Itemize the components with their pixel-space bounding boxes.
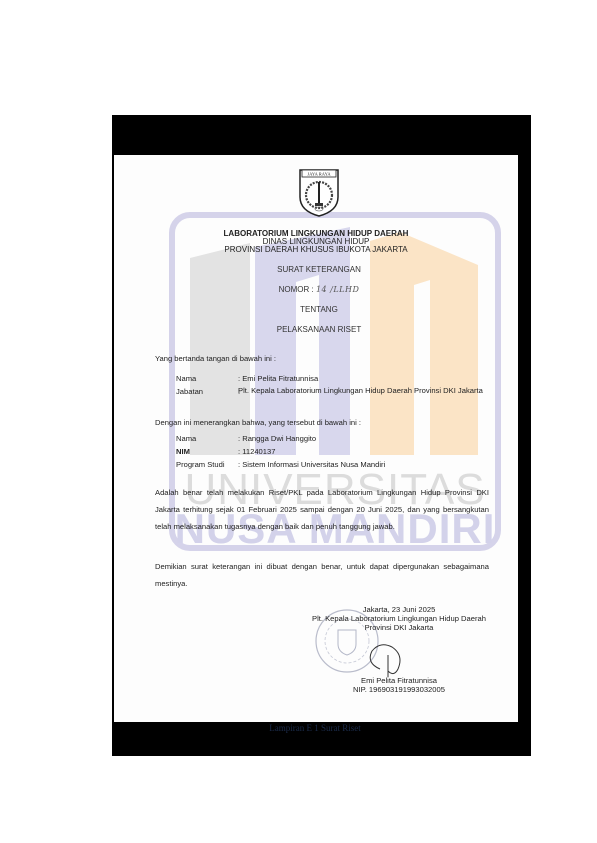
letter-subject: PELAKSANAAN RISET xyxy=(114,325,518,334)
signature-icon xyxy=(362,641,412,681)
student-name-value: : Rangga Dwi Hanggito xyxy=(238,433,316,444)
closing-paragraph: Demikian surat keterangan ini dibuat den… xyxy=(155,558,489,592)
signature-position-line2: Provinsi DKI Jakarta xyxy=(274,623,518,632)
student-name-label: Nama xyxy=(176,433,238,444)
student-nim-value: : 11240137 xyxy=(238,446,275,457)
student-name-row: Nama : Rangga Dwi Hanggito xyxy=(176,433,238,444)
student-program-label: Program Studi xyxy=(176,459,238,470)
signer-position-label: Jabatan xyxy=(176,386,238,397)
letter-page: UNIVERSITAS NUSA MANDIRI JAYA RAYA LABOR… xyxy=(114,155,518,722)
student-nim-row: NIM : 11240137 xyxy=(176,446,238,457)
subject-intro: Dengan ini menerangkan bahwa, yang terse… xyxy=(155,417,489,428)
signer-position-value: Plt. Kepala Laboratorium Lingkungan Hidu… xyxy=(238,384,488,398)
statement-paragraph: Adalah benar telah melakukan Riset/PKL p… xyxy=(155,484,489,535)
letter-number-label: NOMOR : xyxy=(279,285,314,294)
letter-type: SURAT KETERANGAN xyxy=(114,265,518,274)
letterhead-province: PROVINSI DAERAH KHUSUS IBUKOTA JAKARTA xyxy=(114,245,518,254)
student-program-value: : Sistem Informasi Universitas Nusa Mand… xyxy=(238,459,385,470)
figure-caption: Lampiran E 1 Surat Riset xyxy=(112,722,518,734)
signer-name-label: Nama xyxy=(176,373,238,384)
letter-number-value: 14 /LLHD xyxy=(316,285,359,294)
signer-intro: Yang bertanda tangan di bawah ini : xyxy=(155,353,489,364)
student-program-row: Program Studi : Sistem Informasi Univers… xyxy=(176,459,238,470)
jakarta-emblem-icon: JAYA RAYA xyxy=(297,167,341,217)
svg-text:JAYA RAYA: JAYA RAYA xyxy=(307,172,331,177)
letter-about: TENTANG xyxy=(114,305,518,314)
letter-number: NOMOR : 14 /LLHD xyxy=(114,285,518,294)
signature-place-date: Jakarta, 23 Juni 2025 xyxy=(274,605,518,614)
signer-name-row: Nama : Emi Pelita Fitratunnisa xyxy=(176,373,238,384)
signature-position-line1: Plt. Kepala Laboratorium Lingkungan Hidu… xyxy=(274,614,518,623)
signature-nip: NIP. 196903191993032005 xyxy=(274,685,518,694)
signer-position-row: Jabatan : xyxy=(176,386,238,397)
signer-name-value: : Emi Pelita Fitratunnisa xyxy=(238,373,318,384)
student-nim-label: NIM xyxy=(176,446,238,457)
signature-name: Emi Pelita Fitratunnisa xyxy=(274,676,518,685)
